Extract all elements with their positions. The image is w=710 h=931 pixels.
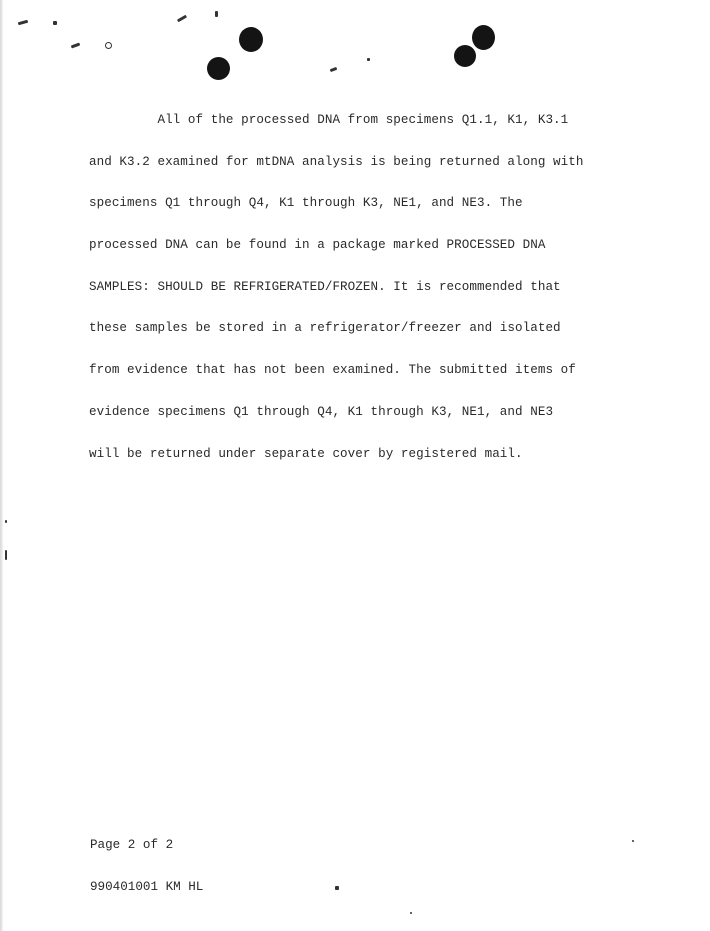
page-footer: Page 2 of 2 990401001 KM HL [90, 810, 203, 908]
scan-speck [53, 21, 57, 25]
punch-hole-mark [472, 25, 495, 50]
punch-hole-mark [207, 57, 230, 80]
scan-speck [177, 15, 187, 23]
paragraph-line: specimens Q1 through Q4, K1 through K3, … [89, 197, 659, 211]
scan-speck [632, 840, 634, 842]
paragraph-line: will be returned under separate cover by… [89, 448, 659, 462]
paragraph-line: SAMPLES: SHOULD BE REFRIGERATED/FROZEN. … [89, 281, 659, 295]
paragraph-line: All of the processed DNA from specimens … [89, 114, 659, 128]
page-number: Page 2 of 2 [90, 838, 203, 852]
paragraph-line: from evidence that has not been examined… [89, 364, 659, 378]
reference-code: 990401001 KM HL [90, 880, 203, 894]
scan-edge-shadow [0, 0, 3, 931]
paragraph-line: these samples be stored in a refrigerato… [89, 322, 659, 336]
paragraph-line: evidence specimens Q1 through Q4, K1 thr… [89, 406, 659, 420]
scan-speck [18, 20, 28, 25]
scan-speck [5, 550, 7, 560]
scan-speck [330, 67, 338, 72]
punch-hole-mark [239, 27, 263, 52]
paragraph-line: processed DNA can be found in a package … [89, 239, 659, 253]
scan-speck [5, 520, 7, 523]
paragraph-line: and K3.2 examined for mtDNA analysis is … [89, 156, 659, 170]
scan-speck [335, 886, 339, 890]
scan-speck [410, 912, 412, 914]
punch-hole-mark [454, 45, 476, 67]
scan-speck [215, 11, 218, 17]
scan-speck [367, 58, 370, 61]
scan-speck [71, 43, 80, 49]
scan-speck [105, 42, 112, 49]
body-paragraph: All of the processed DNA from specimens … [89, 86, 659, 475]
